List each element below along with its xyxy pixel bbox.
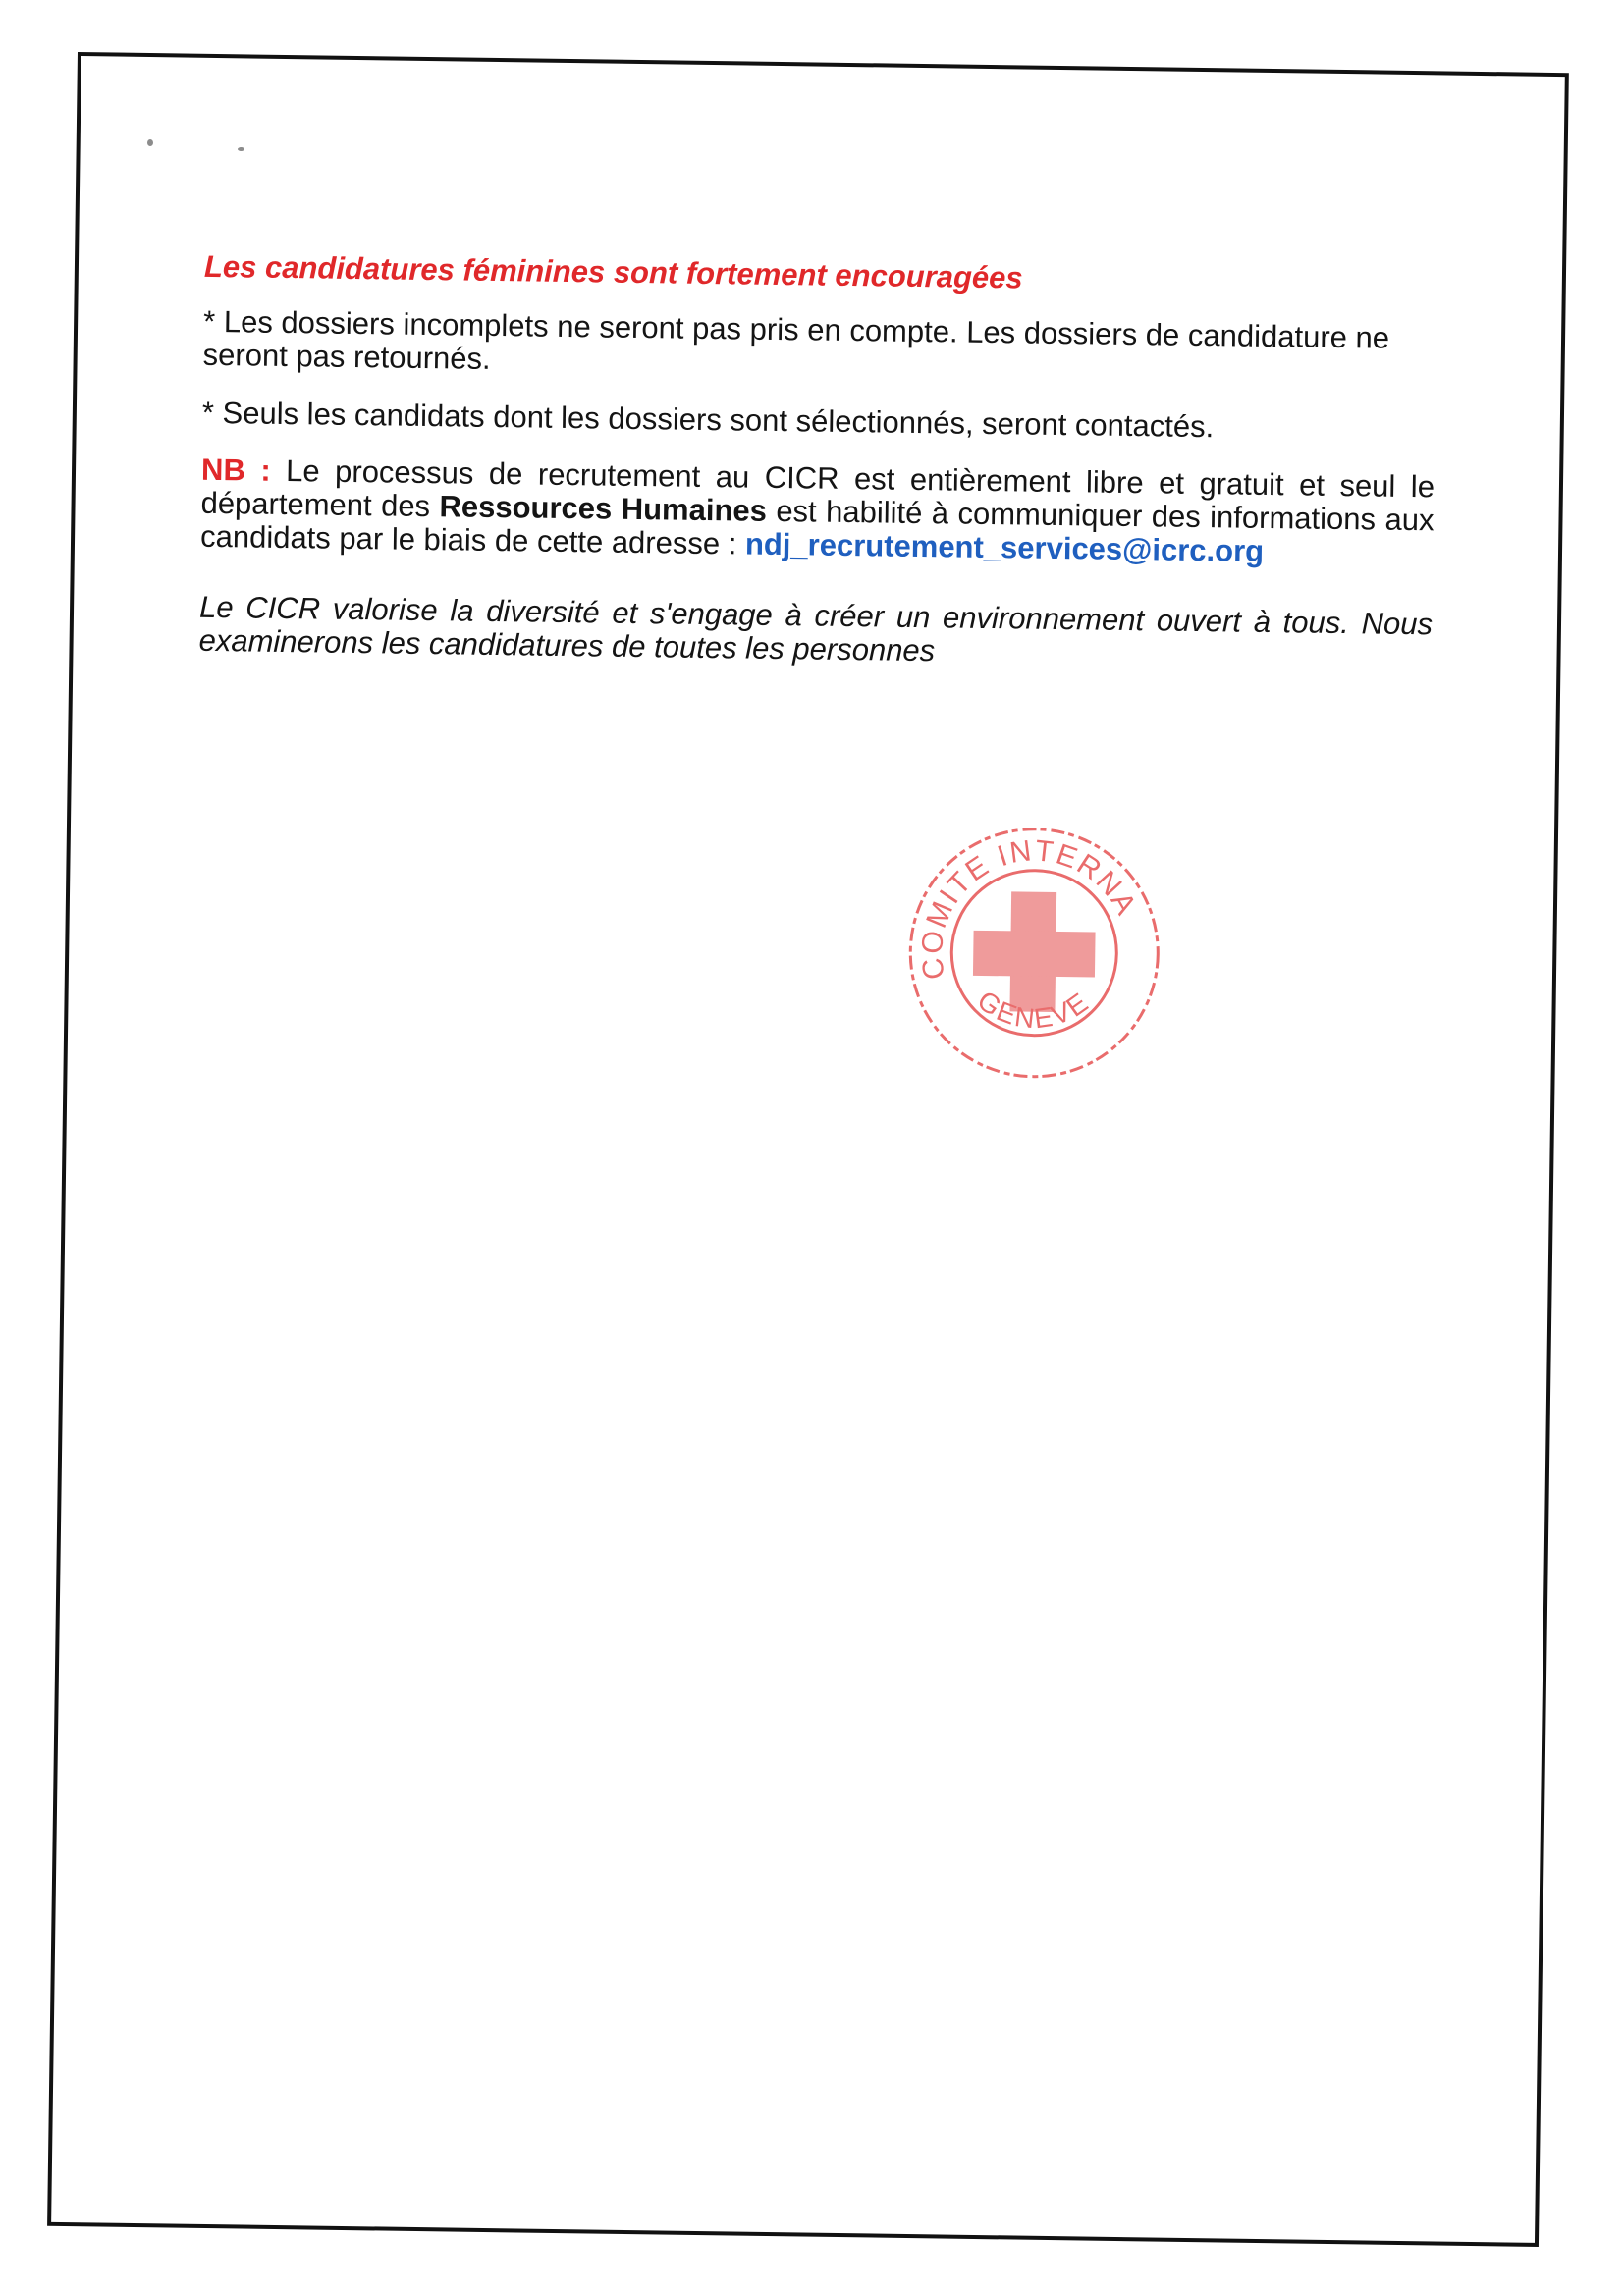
recruitment-email-link[interactable]: ndj_recrutement_services@icrc.org — [745, 527, 1265, 568]
icrc-stamp-graphic: COMITE INTERNATIONAL GENEVE — [904, 824, 1164, 1083]
nb-label: NB : — [201, 453, 271, 488]
document-border-frame: Les candidatures féminines sont fortemen… — [47, 52, 1569, 2247]
note-selected-candidates: * Seuls les candidats dont les dossiers … — [202, 397, 1435, 448]
document-body: Les candidatures féminines sont fortemen… — [207, 58, 1440, 76]
note-incomplete-files: * Les dossiers incomplets ne seront pas … — [202, 305, 1436, 390]
nb-paragraph: NB : Le processus de recrutement au CICR… — [200, 454, 1435, 571]
document-heading: Les candidatures féminines sont fortemen… — [204, 250, 1437, 301]
diversity-statement: Le CICR valorise la diversité et s'engag… — [198, 591, 1433, 675]
icrc-stamp: COMITE INTERNATIONAL GENEVE — [904, 824, 1164, 1083]
